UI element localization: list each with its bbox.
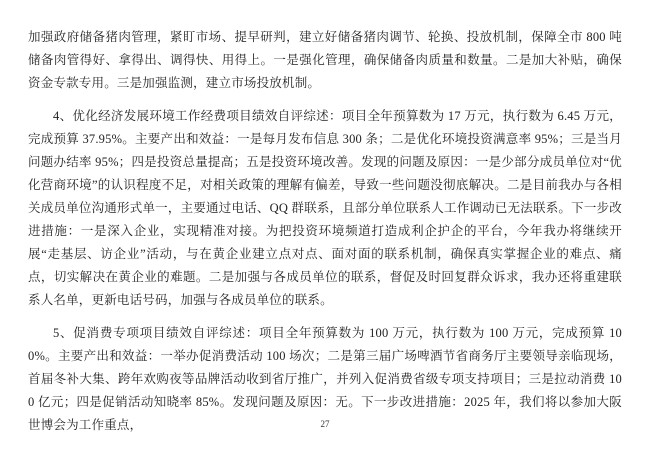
paragraph-item-4-economic-environment-self-evaluation: 4、优化经济发展环境工作经费项目绩效自评综述：项目全年预算数为 17 万元，执行… bbox=[28, 105, 622, 312]
document-body: 加强政府储备猪肉管理，紧盯市场、提早研判，建立好储备猪肉调节、轮换、投放机制，保… bbox=[28, 26, 622, 437]
document-page: 加强政府储备猪肉管理，紧盯市场、提早研判，建立好储备猪肉调节、轮换、投放机制，保… bbox=[0, 0, 650, 459]
paragraph-pork-reserve-management: 加强政府储备猪肉管理，紧盯市场、提早研判，建立好储备猪肉调节、轮换、投放机制，保… bbox=[28, 26, 622, 95]
page-number: 27 bbox=[0, 419, 650, 429]
